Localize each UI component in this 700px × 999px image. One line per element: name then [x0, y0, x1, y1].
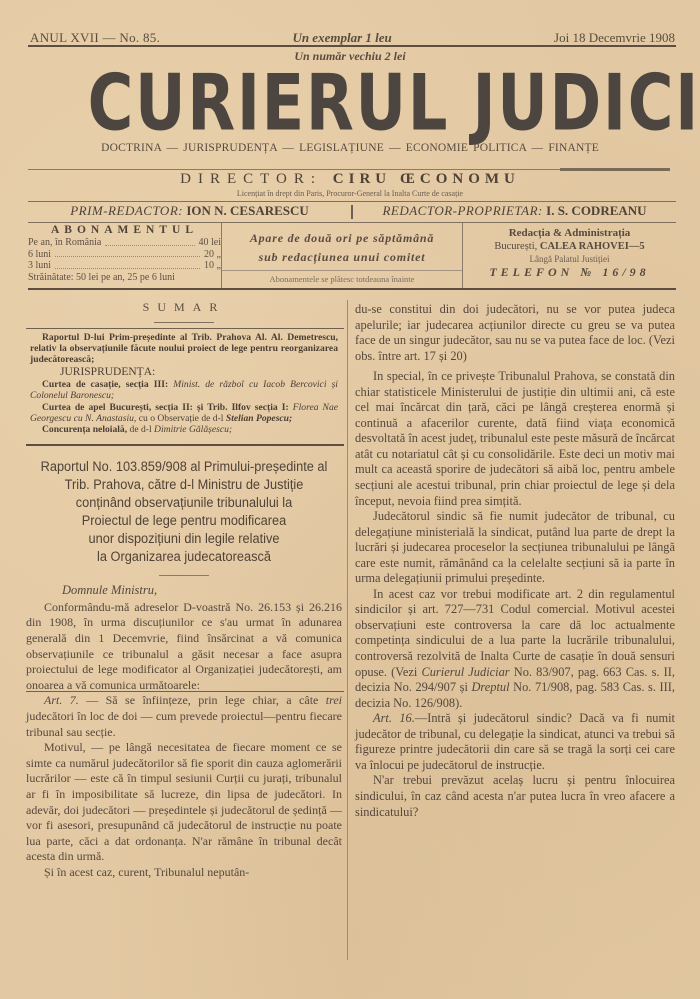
frequency-line-2: sub redacțiunea unui comitet [222, 248, 462, 267]
top-info-line: ANUL XVII — No. 85. Un exemplar 1 leu Jo… [30, 24, 675, 46]
newspaper-page: ANUL XVII — No. 85. Un exemplar 1 leu Jo… [0, 0, 700, 999]
article-title-line: Raportul No. 103.859/908 al Primului-pre… [27, 458, 342, 476]
subscription-period: 6 luni [28, 249, 51, 261]
divider [28, 201, 676, 202]
issue-number: ANUL XVII — No. 85. [30, 30, 160, 46]
paragraph: Motivul, — pe lângă necesitatea de fieca… [26, 740, 342, 865]
subscription-box: ABONAMENTUL Pe an, în România 40 lei 6 l… [28, 223, 221, 289]
subscription-foreign: Străinătate: 50 lei pe an, 25 pe 6 luni [28, 272, 221, 284]
text: — Să se înființeze, prin lege chiar, a c… [79, 693, 326, 707]
summary-text: cu o Observație de d-l [139, 413, 224, 424]
newspaper-title: CURIERUL JUDICIAR [88, 64, 613, 142]
issue-price: Un exemplar 1 leu [292, 30, 421, 46]
address-box: Redacția & Administrația București, CALE… [463, 223, 676, 289]
paragraph: Conformându-mă adreselor D-voastră No. 2… [26, 600, 342, 694]
summary-title: SUMAR [26, 300, 342, 316]
subscription-period: Pe an, în România [28, 237, 101, 249]
summary-list: Raportul D-lui Prim-președinte al Trib. … [26, 329, 342, 436]
prim-redactor-label: PRIM-REDACTOR: [70, 203, 183, 218]
leader-dots [55, 260, 200, 269]
issue-date: Joi 18 Decemvrie 1908 [554, 30, 675, 46]
address-street: București, CALEA RAHOVEI—5 [463, 240, 676, 253]
summary-court: Curtea de apel București, secția II: și … [42, 402, 289, 413]
director-line: DIRECTOR: CIRU ŒCONOMU [0, 171, 700, 188]
redactor-proprietar-label: REDACTOR-PROPRIETAR: [382, 203, 542, 218]
redactor-proprietar: REDACTOR-PROPRIETAR: I. S. CODREANU [353, 203, 676, 221]
salutation: Domnule Ministru, [26, 582, 342, 598]
article-title-line: conținând observațiunile tribunalului la [27, 494, 342, 512]
director-label: DIRECTOR: [180, 171, 322, 187]
divider [28, 45, 676, 47]
address-heading: Redacția & Administrația [463, 226, 676, 240]
divider [28, 288, 676, 290]
right-column: du-se constitui din doi judecători, nu s… [355, 302, 675, 820]
article-label: Art. 16. [373, 711, 415, 725]
column-divider [347, 300, 348, 960]
prim-redactor: PRIM-REDACTOR: ION N. CESARESCU [28, 203, 351, 221]
divider [154, 322, 214, 323]
summary-author: Dimitrie Gălășescu; [154, 424, 232, 435]
address-landmark: Lângă Palatul Justiției [463, 253, 676, 265]
subjects-line: DOCTRINA — JURISPRUDENȚA — LEGISLAȚIUNE … [0, 142, 700, 154]
phone-number: TELEFON № 16/98 [463, 265, 676, 280]
summary-item: Raportul D-lui Prim-președinte al Trib. … [30, 332, 338, 366]
article-label: Art. 7. [44, 693, 79, 707]
article-title-line: Proiectul de lege pentru modificarea [27, 512, 342, 530]
address-city: București, [494, 241, 537, 252]
paragraph: Și în acest caz, curent, Tribunalul nepu… [26, 865, 342, 881]
director-credentials: Licențiat în drept din Paris, Procuror-G… [0, 189, 700, 198]
left-column: SUMAR Raportul D-lui Prim-președinte al … [26, 296, 342, 881]
summary-heading: JURISPRUDENȚA: [30, 366, 338, 379]
subscription-period: 3 luni [28, 260, 51, 272]
prim-redactor-name: ION N. CESARESCU [186, 203, 308, 218]
text: judecători în loc de doi — cum prevede p… [26, 709, 342, 739]
publication-box: Apare de două ori pe săptămână sub redac… [222, 223, 462, 289]
subscription-price: 10 „ [204, 260, 221, 272]
paragraph: du-se constitui din doi judecători, nu s… [355, 302, 675, 364]
subscription-title: ABONAMENTUL [28, 224, 221, 237]
leader-dots [105, 237, 194, 246]
leader-dots [55, 249, 200, 258]
paragraph: Art. 7. — Să se înființeze, prin lege ch… [26, 693, 342, 740]
summary-topic: Concurența neloială, [42, 424, 127, 435]
summary-item: Concurența neloială, de d-l Dimitrie Găl… [30, 424, 338, 435]
payment-note: Abonamentele se plătesc totdeauna înaint… [222, 270, 462, 284]
article-body-left: Conformându-mă adreselor D-voastră No. 2… [26, 600, 342, 881]
summary-item: Curtea de apel București, secția II: și … [30, 402, 338, 425]
article-title-line: Trib. Prahova, către d-l Ministru de Jus… [27, 476, 342, 494]
subscription-row: 6 luni 20 „ [28, 249, 221, 261]
article-title: Raportul No. 103.859/908 al Primului-pre… [27, 458, 342, 566]
paragraph: N'ar trebui prevăzut acelaș lucru și pen… [355, 773, 675, 820]
paragraph: Judecătorul sindic să fie numit judecăto… [355, 509, 675, 587]
paragraph: In special, în ce privește Tribunalul Pr… [355, 369, 675, 509]
summary-author: Stelian Popescu; [226, 413, 292, 424]
summary-text: de d-l [130, 424, 152, 435]
address-street-name: CALEA RAHOVEI—5 [540, 241, 645, 252]
divider [159, 575, 209, 576]
article-title-line: la Organizarea judecatorească [27, 548, 342, 566]
paragraph: Art. 16.—Intră și judecătorul sindic? Da… [355, 711, 675, 773]
subscription-price: 40 lei [199, 237, 222, 249]
summary-court: Curtea de casație, secția III: [42, 379, 168, 390]
info-band: ABONAMENTUL Pe an, în România 40 lei 6 l… [28, 223, 676, 289]
emphasis: trei [326, 693, 342, 707]
foreign-price: Străinătate: 50 lei pe an, 25 pe 6 luni [28, 272, 175, 284]
paragraph: In acest caz vor trebui modificate art. … [355, 587, 675, 711]
article-title-line: unor dispozițiuni din legile relative [27, 530, 342, 548]
divider [26, 444, 344, 446]
editors-line: PRIM-REDACTOR: ION N. CESARESCU REDACTOR… [28, 203, 676, 221]
director-name: CIRU ŒCONOMU [333, 171, 520, 187]
summary-item: Curtea de casație, secția III: Minist. d… [30, 379, 338, 402]
citation: Dreptul [471, 680, 509, 694]
subscription-price: 20 „ [204, 249, 221, 261]
subscription-row: Pe an, în România 40 lei [28, 237, 221, 249]
frequency-line-1: Apare de două ori pe săptămână [222, 229, 462, 248]
subscription-row: 3 luni 10 „ [28, 260, 221, 272]
citation: Curierul Judiciar [421, 665, 509, 679]
redactor-proprietar-name: I. S. CODREANU [546, 203, 646, 218]
